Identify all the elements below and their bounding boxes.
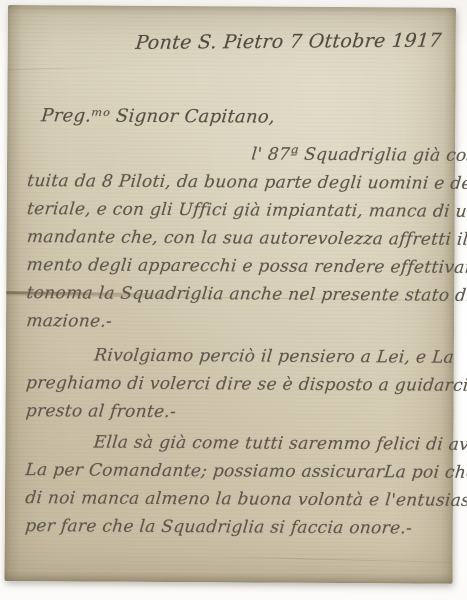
paper-crease-bottom xyxy=(206,556,452,563)
letter-line: tuita da 8 Piloti, da buona parte degli … xyxy=(26,171,467,202)
letter-line: di noi manca almeno la buona volontà e l… xyxy=(24,488,467,519)
letter-line: mandante che, con la sua autorevolezza a… xyxy=(25,227,467,258)
letter-line: mazione.- xyxy=(25,311,467,342)
letter-line: presto al fronte.- xyxy=(24,401,467,432)
letter-paragraph-1: l' 87ª Squadriglia già costi- tuita da 8… xyxy=(26,143,467,342)
paper-crease-top xyxy=(8,65,142,70)
letter-line: Ella sà già come tutti saremmo felici di… xyxy=(24,432,467,463)
letter-photo: Ponte S. Pietro 7 Ottobre 1917 Preg.ᵐᵒ S… xyxy=(0,0,467,600)
letter-line: mento degli apparecchi e possa rendere e… xyxy=(25,255,467,286)
letter-line: l' 87ª Squadriglia già costi- xyxy=(26,143,467,174)
letter-line: preghiamo di volerci dire se è disposto … xyxy=(24,373,467,404)
letter-paragraph-3: Ella sà già come tutti saremmo felici di… xyxy=(25,432,467,547)
letter-paragraph-2: Rivolgiamo perciò il pensiero a Lei, e L… xyxy=(25,345,467,432)
letter-paper: Ponte S. Pietro 7 Ottobre 1917 Preg.ᵐᵒ S… xyxy=(4,5,456,584)
letter-line: teriale, e con gli Uffici già impiantati… xyxy=(25,199,467,230)
letter-dateline: Ponte S. Pietro 7 Ottobre 1917 xyxy=(134,30,442,54)
letter-line: La per Comandante; possiamo assicurarLa … xyxy=(24,460,467,491)
letter-line: per fare che la Squadriglia si faccia on… xyxy=(23,516,467,547)
letter-salutation: Preg.ᵐᵒ Signor Capitano, xyxy=(40,105,276,127)
letter-line: Rivolgiamo perciò il pensiero a Lei, e L… xyxy=(25,345,467,376)
